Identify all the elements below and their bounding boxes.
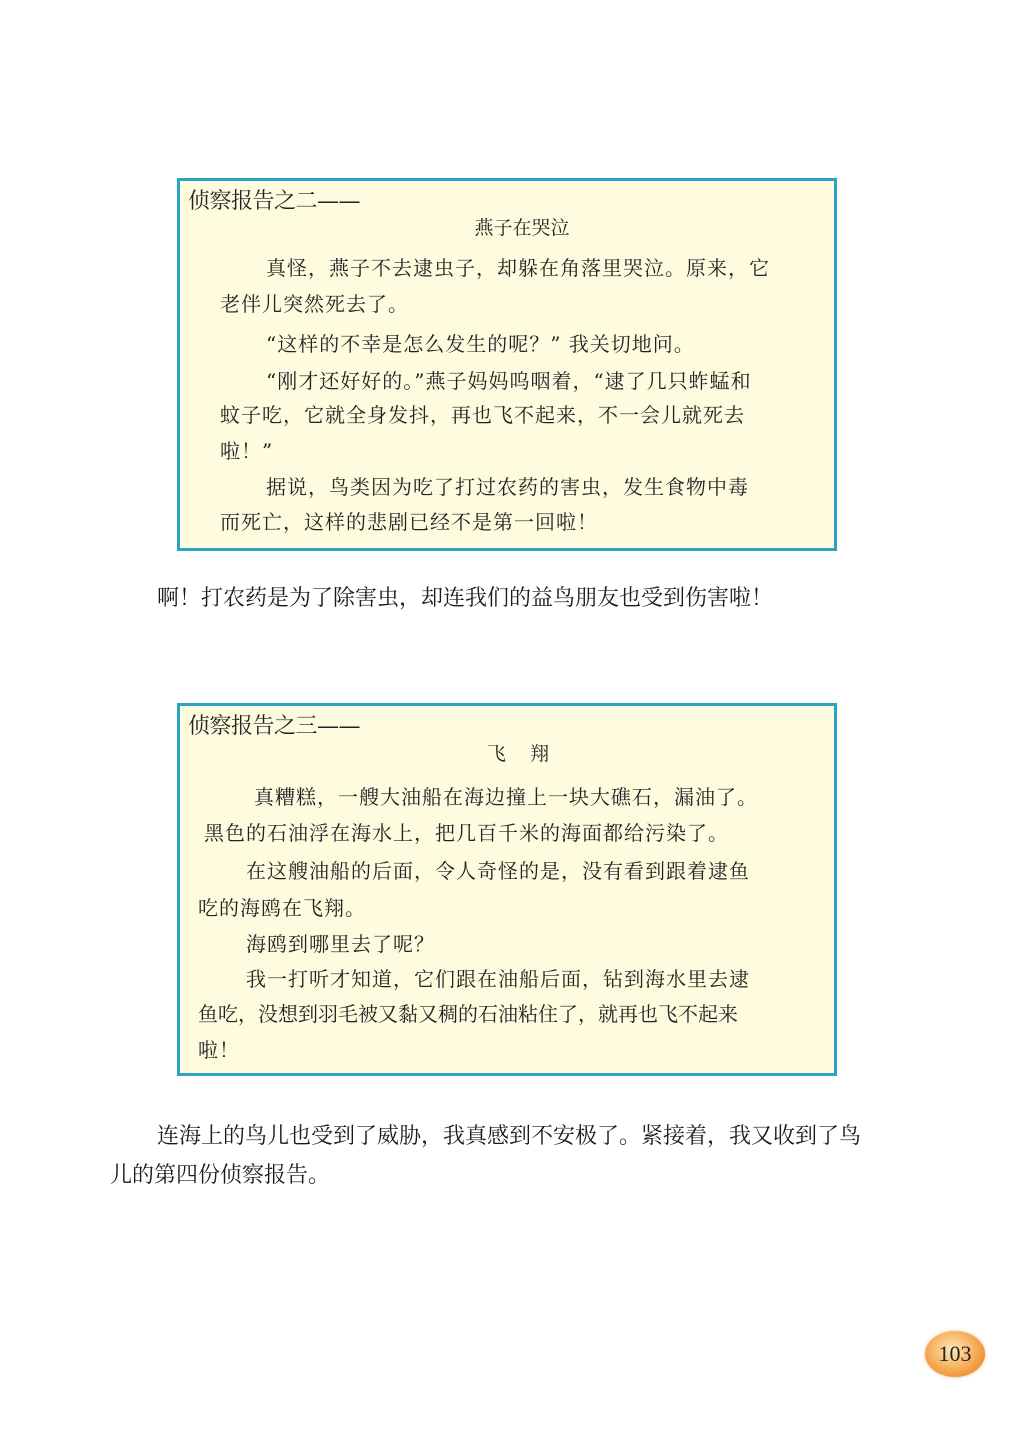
report-heading: 侦察报告之二——: [188, 187, 360, 217]
report-line: 海鸥到哪里去了呢？: [246, 929, 435, 959]
report-line: 而死亡，这样的悲剧已经不是第一回啦！: [220, 507, 598, 537]
report-line: 真怪，燕子不去逮虫子，却躲在角落里哭泣。原来，它: [266, 253, 770, 283]
report-line: 我一打听才知道，它们跟在油船后面，钻到海水里去逮: [246, 964, 750, 994]
report-line: 据说，鸟类因为吃了打过农药的害虫，发生食物中毒: [266, 472, 749, 502]
report-line: “这样的不幸是怎么发生的呢？” 我关切地问。: [266, 329, 695, 359]
report-box-3: 侦察报告之三—— 飞 翔 真糟糕，一艘大油船在海边撞上一块大礁石，漏油了。 黑色…: [177, 703, 837, 1076]
report-heading: 侦察报告之三——: [188, 712, 360, 742]
report-line: 吃的海鸥在飞翔。: [198, 893, 366, 923]
comment-text: 啊！打农药是为了除害虫，却连我们的益鸟朋友也受到伤害啦！: [157, 583, 773, 615]
report-box-2: 侦察报告之二—— 燕子在哭泣 真怪，燕子不去逮虫子，却躲在角落里哭泣。原来，它 …: [177, 178, 837, 551]
report-line: 老伴儿突然死去了。: [220, 289, 409, 319]
report-line: 啦！: [198, 1035, 240, 1065]
report-title: 燕子在哭泣: [180, 214, 834, 242]
page-number-badge: 103: [925, 1331, 985, 1377]
report-line: 黑色的石油浮在海水上，把几百千米的海面都给污染了。: [204, 818, 729, 848]
page-number: 103: [939, 1341, 972, 1367]
paragraph-line: 儿的第四份侦察报告。: [110, 1160, 330, 1192]
report-line: 蚊子吃，它就全身发抖，再也飞不起来，不一会儿就死去: [220, 400, 745, 430]
report-line: 在这艘油船的后面，令人奇怪的是，没有看到跟着逮鱼: [246, 856, 750, 886]
paragraph-line: 连海上的鸟儿也受到了威胁，我真感到不安极了。紧接着，我又收到了鸟: [157, 1121, 861, 1153]
report-line: “刚才还好好的。”燕子妈妈呜咽着，“逮了几只蚱蜢和: [266, 366, 752, 396]
report-line: 鱼吃，没想到羽毛被又黏又稠的石油粘住了，就再也飞不起来: [198, 999, 738, 1029]
report-title: 飞 翔: [180, 740, 834, 768]
report-line: 啦！”: [220, 436, 273, 466]
report-line: 真糟糕，一艘大油船在海边撞上一块大礁石，漏油了。: [254, 782, 758, 812]
